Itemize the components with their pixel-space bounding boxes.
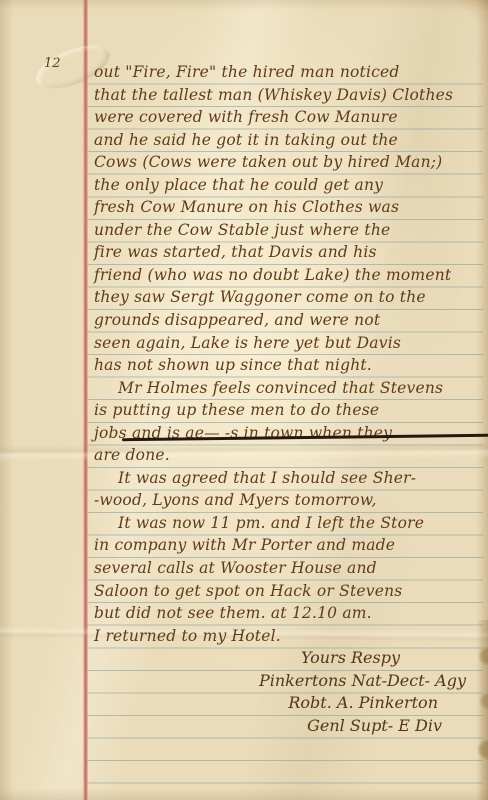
letter-line: jobs and is ae— -s in town when they: [94, 422, 478, 445]
letter-line: grounds disappeared, and were not: [94, 309, 478, 332]
letter-page: 12 out "Fire, Fire" the hired man notice…: [0, 0, 488, 800]
letter-body: out "Fire, Fire" the hired man noticedth…: [94, 61, 478, 647]
page-number: 12: [44, 56, 61, 71]
signature-line: Pinkertons Nat-Dect- Agy: [94, 670, 478, 693]
letter-line: that the tallest man (Whiskey Davis) Clo…: [94, 84, 478, 107]
letter-line: It was agreed that I should see Sher-: [94, 467, 478, 490]
corner-fold: [454, 0, 488, 40]
letter-line: has not shown up since that night.: [94, 354, 478, 377]
letter-line: seen again, Lake is here yet but Davis: [94, 332, 478, 355]
letter-line: friend (who was no doubt Lake) the momen…: [94, 264, 478, 287]
signature-block: Yours RespyPinkertons Nat-Dect- AgyRobt.…: [94, 647, 478, 737]
letter-line: and he said he got it in taking out the: [94, 129, 478, 152]
letter-line: -wood, Lyons and Myers tomorrow,: [94, 489, 478, 512]
letter-line: I returned to my Hotel.: [94, 625, 478, 648]
letter-line: It was now 11 pm. and I left the Store: [94, 512, 478, 535]
signature-line: Robt. A. Pinkerton: [94, 692, 478, 715]
letter-line: were covered with fresh Cow Manure: [94, 106, 478, 129]
letter-line: under the Cow Stable just where the: [94, 219, 478, 242]
letter-line: out "Fire, Fire" the hired man noticed: [94, 61, 478, 84]
letter-line: the only place that he could get any: [94, 174, 478, 197]
letter-line: Mr Holmes feels convinced that Stevens: [94, 377, 478, 400]
letter-line: several calls at Wooster House and: [94, 557, 478, 580]
letter-line: they saw Sergt Waggoner come on to the: [94, 286, 478, 309]
letter-line: fire was started, that Davis and his: [94, 241, 478, 264]
letter-line: is putting up these men to do these: [94, 399, 478, 422]
signature-line: Genl Supt- E Div: [94, 715, 478, 738]
letter-line: in company with Mr Porter and made: [94, 534, 478, 557]
letter-line: fresh Cow Manure on his Clothes was: [94, 196, 478, 219]
letter-line: but did not see them. at 12.10 am.: [94, 602, 478, 625]
letter-line: Cows (Cows were taken out by hired Man;): [94, 151, 478, 174]
letter-line: Saloon to get spot on Hack or Stevens: [94, 580, 478, 603]
margin-line: [83, 0, 88, 800]
signature-line: Yours Respy: [94, 647, 478, 670]
letter-line: are done.: [94, 444, 478, 467]
